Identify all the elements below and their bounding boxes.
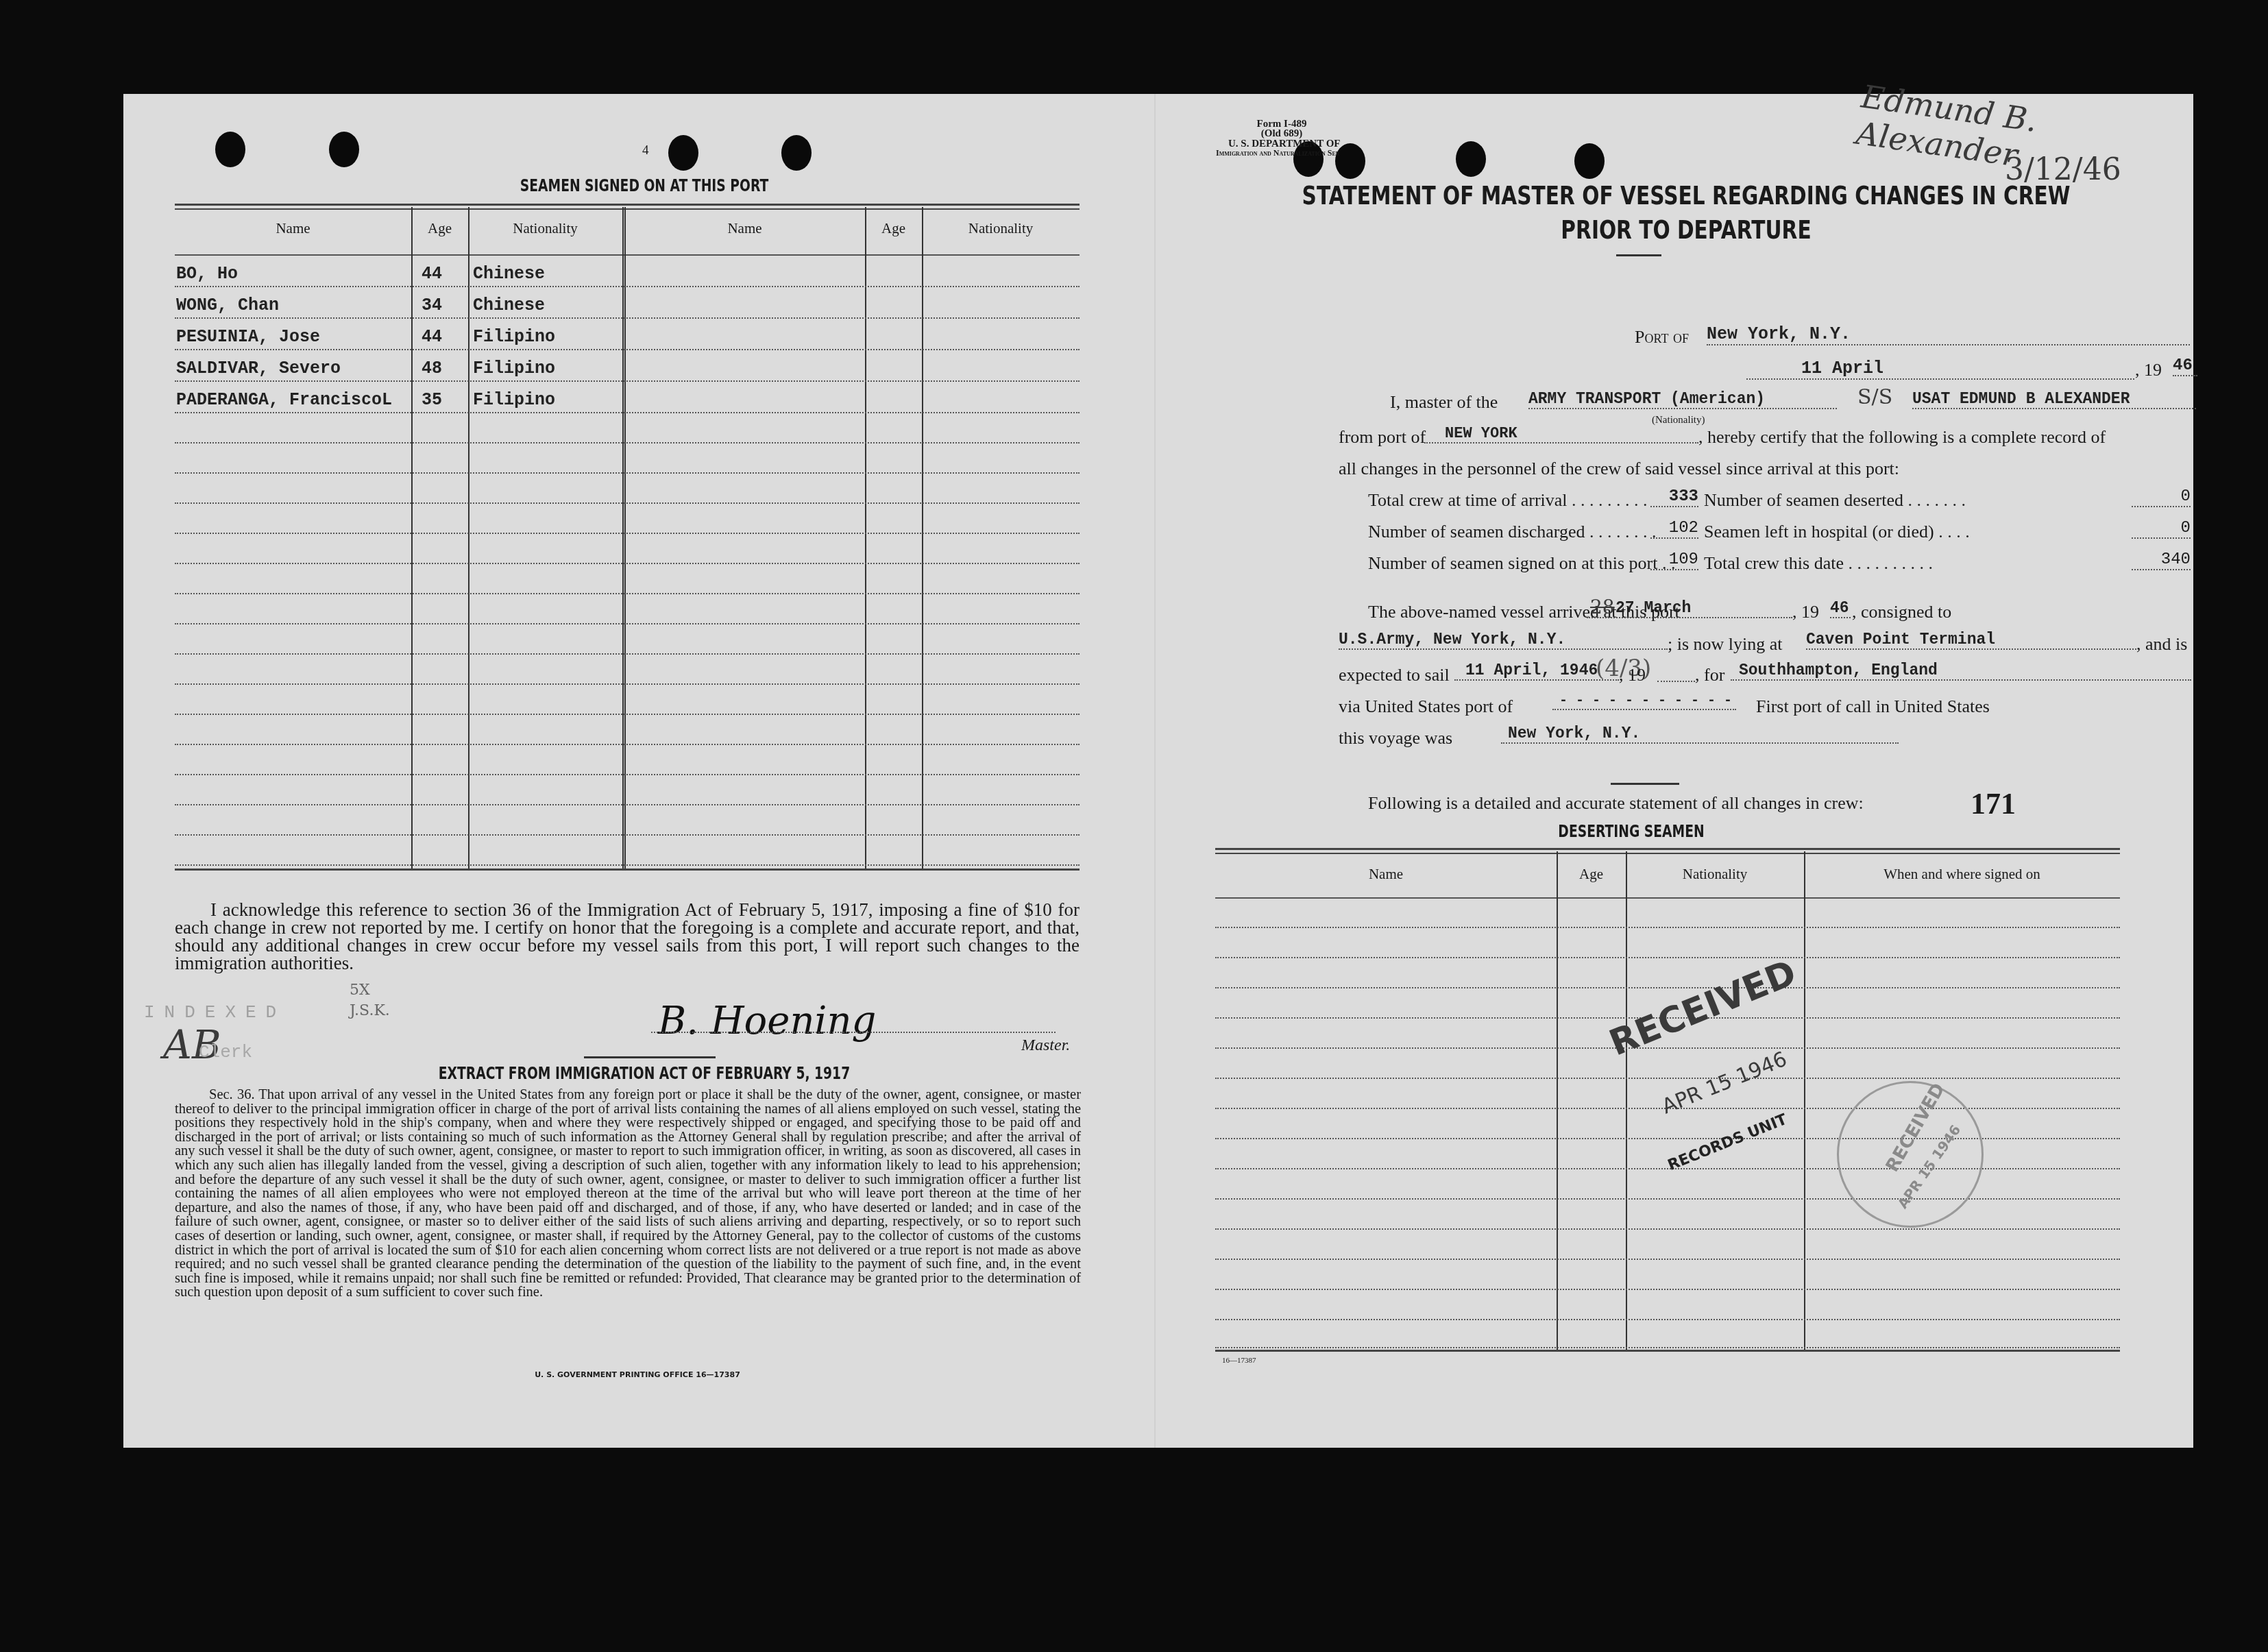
arrived-year-field[interactable]: 46 — [1830, 599, 1851, 618]
seaman-name: SALDIVAR, Severo — [176, 359, 341, 378]
row-line — [175, 563, 1080, 564]
column-header-age: Age — [411, 220, 468, 237]
signature-line — [651, 1032, 1056, 1033]
stat-value-total-arrival[interactable]: 333 — [1650, 487, 1698, 507]
column-header-nationality-2: Nationality — [922, 220, 1080, 237]
row-line — [175, 774, 1080, 775]
seaman-age: 48 — [422, 359, 442, 378]
seaman-nationality: Filipino — [473, 390, 555, 410]
row-line — [175, 834, 1080, 836]
column-header-age-2: Age — [865, 220, 922, 237]
and-is-label: , and is — [2136, 634, 2187, 655]
from-port-label: from port of — [1339, 427, 1426, 448]
form-title-line2: PRIOR TO DEPARTURE — [1483, 215, 1890, 245]
lying-at-field[interactable]: Caven Point Terminal — [1806, 631, 2136, 650]
stat-label-deserted: Number of seamen deserted . . . . . . . — [1704, 490, 1966, 511]
divider — [1611, 783, 1679, 785]
row-line — [175, 864, 1080, 866]
vessel-name-field[interactable]: USAT EDMUND B ALEXANDER — [1912, 390, 2196, 409]
divider — [584, 1056, 716, 1058]
vessel-type-field[interactable]: ARMY TRANSPORT (American) — [1528, 390, 1837, 409]
year-field[interactable]: 46 — [2173, 356, 2197, 376]
row-line — [1215, 1138, 2120, 1139]
seaman-age: 34 — [422, 295, 442, 315]
row-line — [1215, 1228, 2120, 1230]
row-line — [175, 623, 1080, 624]
deserting-header-rule — [1215, 897, 2120, 899]
printer-line: U. S. GOVERNMENT PRINTING OFFICE 16—1738… — [466, 1370, 809, 1379]
section-title: SEAMEN SIGNED ON AT THIS PORT — [452, 176, 837, 195]
row-line — [1215, 1347, 2120, 1348]
document-sheet: 4 SEAMEN SIGNED ON AT THIS PORT Name Age… — [123, 94, 2193, 1448]
row-line — [1215, 1198, 2120, 1200]
row-line — [1215, 1078, 2120, 1079]
footer-code: 16—17387 — [1222, 1357, 1256, 1365]
expected-sail-field[interactable]: 11 April, 1946 — [1454, 661, 1619, 681]
seaman-nationality: Chinese — [473, 295, 545, 315]
row-line — [175, 653, 1080, 655]
seaman-name: PESUINIA, Jose — [176, 327, 320, 347]
form-title-line1: STATEMENT OF MASTER OF VESSEL REGARDING … — [1269, 180, 2104, 210]
handwritten-note: J.S.K. — [350, 1002, 390, 1019]
master-of-label: I, master of the — [1390, 392, 1498, 413]
indexed-stamp: INDEXED — [144, 1002, 286, 1023]
stat-label-total-date: Total crew this date . . . . . . . . . . — [1704, 553, 1933, 574]
punch-hole — [1456, 141, 1486, 177]
extract-title: EXTRACT FROM IMMIGRATION ACT OF FEBRUARY… — [415, 1064, 875, 1083]
row-line — [1215, 1047, 2120, 1049]
destination-field[interactable]: Southhampton, England — [1731, 661, 2191, 681]
stat-value-hospital[interactable]: 0 — [2132, 519, 2191, 539]
vessel-prefix: S/S — [1857, 385, 1892, 409]
column-header-name-2: Name — [624, 220, 865, 237]
row-line — [175, 593, 1080, 594]
first-port-label: First port of call in United States — [1756, 696, 1990, 717]
expected-year-prefix: , 19 — [1619, 665, 1646, 685]
title-underline — [1616, 254, 1661, 256]
received-stamp-unit: RECORDS UNIT — [1666, 1111, 1790, 1174]
punch-hole — [668, 135, 698, 171]
table-top-rule — [175, 204, 1080, 210]
col-divider — [624, 207, 626, 868]
consigned-label: , consigned to — [1852, 602, 1951, 622]
seaman-name: BO, Ho — [176, 264, 238, 284]
deserting-header-nationality: Nationality — [1626, 866, 1804, 883]
seaman-nationality: Chinese — [473, 264, 545, 284]
master-signature: B. Hoening — [658, 999, 876, 1043]
round-received-stamp: RECEIVED APR 15 1946 — [1837, 1081, 1984, 1228]
row-line — [1215, 957, 2120, 958]
voyage-label: this voyage was — [1339, 728, 1452, 749]
row-line — [1215, 1168, 2120, 1169]
via-port-field[interactable]: - - - - - - - - - - - - - - - - - - — [1552, 693, 1736, 710]
voyage-field[interactable]: New York, N.Y. — [1501, 725, 1899, 744]
col-divider — [622, 207, 624, 868]
row-line — [1215, 927, 2120, 928]
col-divider — [468, 207, 470, 868]
stat-value-signed-on[interactable]: 109 — [1650, 550, 1698, 570]
row-line — [175, 533, 1080, 534]
seaman-name: PADERANGA, FranciscoL — [176, 390, 392, 410]
master-label: Master. — [1021, 1036, 1070, 1055]
seaman-age: 35 — [422, 390, 442, 410]
deserting-table-bottom-rule — [1215, 1350, 2120, 1352]
handwritten-note: 5X — [350, 982, 370, 999]
row-line — [175, 683, 1080, 685]
row-line — [175, 804, 1080, 805]
seaman-nationality: Filipino — [473, 327, 555, 347]
form-old-number: (Old 689) — [1193, 129, 1371, 138]
row-line — [175, 714, 1080, 715]
stat-label-signed-on: Number of seamen signed on at this port … — [1368, 553, 1675, 574]
following-text: Following is a detailed and accurate sta… — [1368, 793, 1864, 814]
punch-hole — [1574, 143, 1605, 179]
row-line — [1215, 1289, 2120, 1290]
row-line — [175, 472, 1080, 474]
punch-hole — [329, 132, 359, 167]
port-label: Port of — [1635, 327, 1689, 348]
form-number: Form I-489 — [1193, 119, 1371, 129]
expected-year-field[interactable] — [1657, 663, 1695, 682]
column-header-nationality: Nationality — [468, 220, 622, 237]
row-line — [175, 502, 1080, 504]
seaman-age: 44 — [422, 327, 442, 347]
col-divider — [922, 207, 923, 868]
lying-label: ; is now lying at — [1668, 634, 1783, 655]
row-line — [175, 744, 1080, 745]
row-line — [175, 349, 1080, 350]
extract-text: Sec. 36. That upon arrival of any vessel… — [175, 1088, 1081, 1300]
row-line — [175, 380, 1080, 382]
row-line — [1215, 987, 2120, 988]
page-fold — [1154, 94, 1156, 1448]
deserting-title: DESERTING SEAMEN — [1524, 822, 1738, 841]
expected-label: expected to sail — [1339, 665, 1450, 685]
row-line — [175, 286, 1080, 287]
seaman-nationality: Filipino — [473, 359, 555, 378]
table-bottom-rule — [175, 868, 1080, 871]
arrived-date-field[interactable]: 27 March — [1587, 599, 1792, 618]
row-line — [175, 317, 1080, 319]
stat-label-total-arrival: Total crew at time of arrival . . . . . … — [1368, 490, 1648, 511]
date-field[interactable]: 11 April — [1746, 359, 2134, 380]
deserting-header-age: Age — [1557, 866, 1626, 883]
via-label: via United States port of — [1339, 696, 1513, 717]
from-port-field[interactable]: NEW YORK — [1424, 425, 1698, 444]
punch-hole — [215, 132, 245, 167]
deserting-header-name: Name — [1215, 866, 1557, 883]
port-field[interactable]: New York, N.Y. — [1707, 324, 2190, 345]
clerk-label: Clerk — [199, 1042, 252, 1062]
seaman-age: 44 — [422, 264, 442, 284]
col-divider — [865, 207, 866, 868]
service-name: Immigration and Naturalization Service — [1216, 148, 1339, 158]
year-prefix: , 19 — [2135, 360, 2162, 380]
stat-value-total-date[interactable]: 340 — [2132, 550, 2191, 570]
page-number: 4 — [642, 143, 649, 158]
column-header-name: Name — [175, 220, 411, 237]
certify-text-2: all changes in the personnel of the crew… — [1339, 459, 1899, 479]
consignee-field[interactable]: U.S.Army, New York, N.Y. — [1339, 631, 1668, 650]
certify-text: , hereby certify that the following is a… — [1698, 427, 2106, 448]
col-divider — [411, 207, 413, 868]
deserting-header-when-where: When and where signed on — [1804, 866, 2120, 883]
stat-label-hospital: Seamen left in hospital (or died) . . . … — [1704, 522, 1970, 542]
row-line — [175, 412, 1080, 413]
arrived-year-prefix: , 19 — [1792, 602, 1819, 622]
seaman-name: WONG, Chan — [176, 295, 279, 315]
acknowledgement-text: I acknowledge this reference to section … — [175, 901, 1080, 972]
punch-hole — [781, 135, 812, 171]
header-rule — [175, 254, 1080, 256]
stat-label-discharged: Number of seamen discharged . . . . . . … — [1368, 522, 1656, 542]
row-line — [1215, 1319, 2120, 1320]
row-line — [175, 442, 1080, 444]
for-label: , for — [1695, 665, 1724, 685]
row-line — [1215, 1259, 2120, 1260]
stat-value-deserted[interactable]: 0 — [2132, 487, 2191, 507]
stat-value-discharged[interactable]: 102 — [1650, 519, 1698, 539]
count-number: 171 — [1971, 786, 2016, 821]
deserting-table-top-rule — [1215, 848, 2120, 854]
